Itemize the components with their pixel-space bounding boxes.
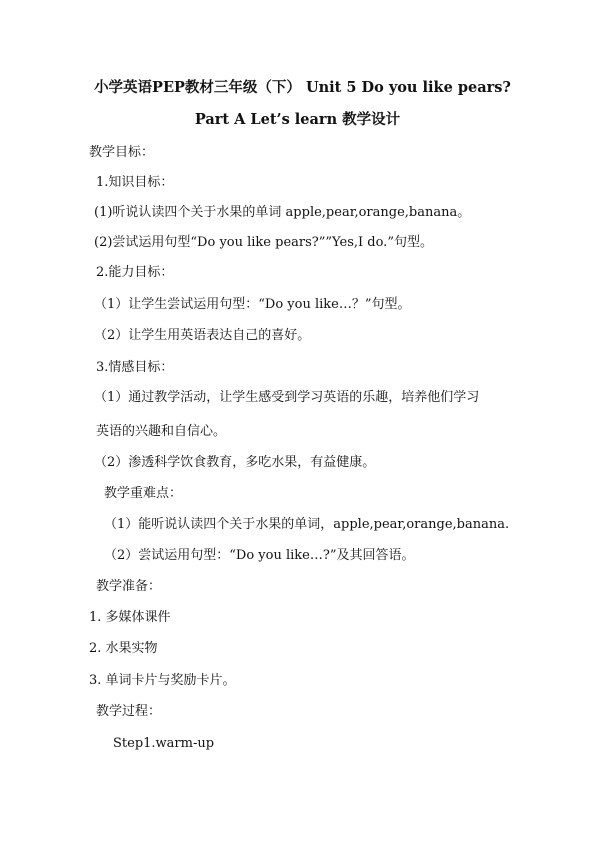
paragraph-line: （2）让学生用英语表达自己的喜好。	[94, 328, 310, 344]
document-subtitle-text: Part A Let’s learn 教学设计	[195, 111, 400, 128]
list-item: 2. 水果实物	[89, 641, 158, 657]
list-item: 3. 单词卡片与奖励卡片。	[89, 673, 236, 689]
paragraph-line: （2）尝试运用句型：“Do you like…?”及其回答语。	[104, 548, 414, 564]
section-heading-process: 教学过程：	[96, 704, 161, 720]
paragraph-line: (2)尝试运用句型“Do you like pears?””Yes,I do.”…	[94, 235, 433, 251]
document-title-text: 小学英语PEP教材三年级（下） Unit 5 Do you like pears…	[94, 79, 511, 96]
paragraph-line: （1）能听说认读四个关于水果的单词，apple,pear,orange,bana…	[104, 517, 509, 533]
paragraph-line: (1)听说认读四个关于水果的单词 apple,pear,orange,banan…	[94, 205, 470, 221]
document-subtitle: Part A Let’s learn 教学设计	[0, 112, 595, 128]
subheading-knowledge-objectives: 1.知识目标：	[96, 175, 173, 191]
paragraph-line: 英语的兴趣和自信心。	[96, 424, 226, 440]
section-heading-preparation: 教学准备：	[96, 579, 161, 595]
paragraph-line: （1）通过教学活动，让学生感受到学习英语的乐趣，培养他们学习	[94, 390, 479, 406]
step-heading: Step1.warm-up	[113, 736, 214, 752]
section-heading-key-points: 教学重难点：	[104, 486, 182, 502]
list-item: 1. 多媒体课件	[89, 610, 171, 626]
paragraph-line: （1）让学生尝试运用句型：“Do you like…？”句型。	[94, 297, 411, 313]
subheading-emotional-objectives: 3.情感目标：	[96, 360, 173, 376]
subheading-ability-objectives: 2.能力目标：	[96, 265, 173, 281]
section-heading-objectives: 教学目标：	[89, 145, 154, 161]
document-title: 小学英语PEP教材三年级（下） Unit 5 Do you like pears…	[0, 80, 595, 96]
paragraph-line: （2）渗透科学饮食教育，多吃水果，有益健康。	[94, 455, 375, 471]
